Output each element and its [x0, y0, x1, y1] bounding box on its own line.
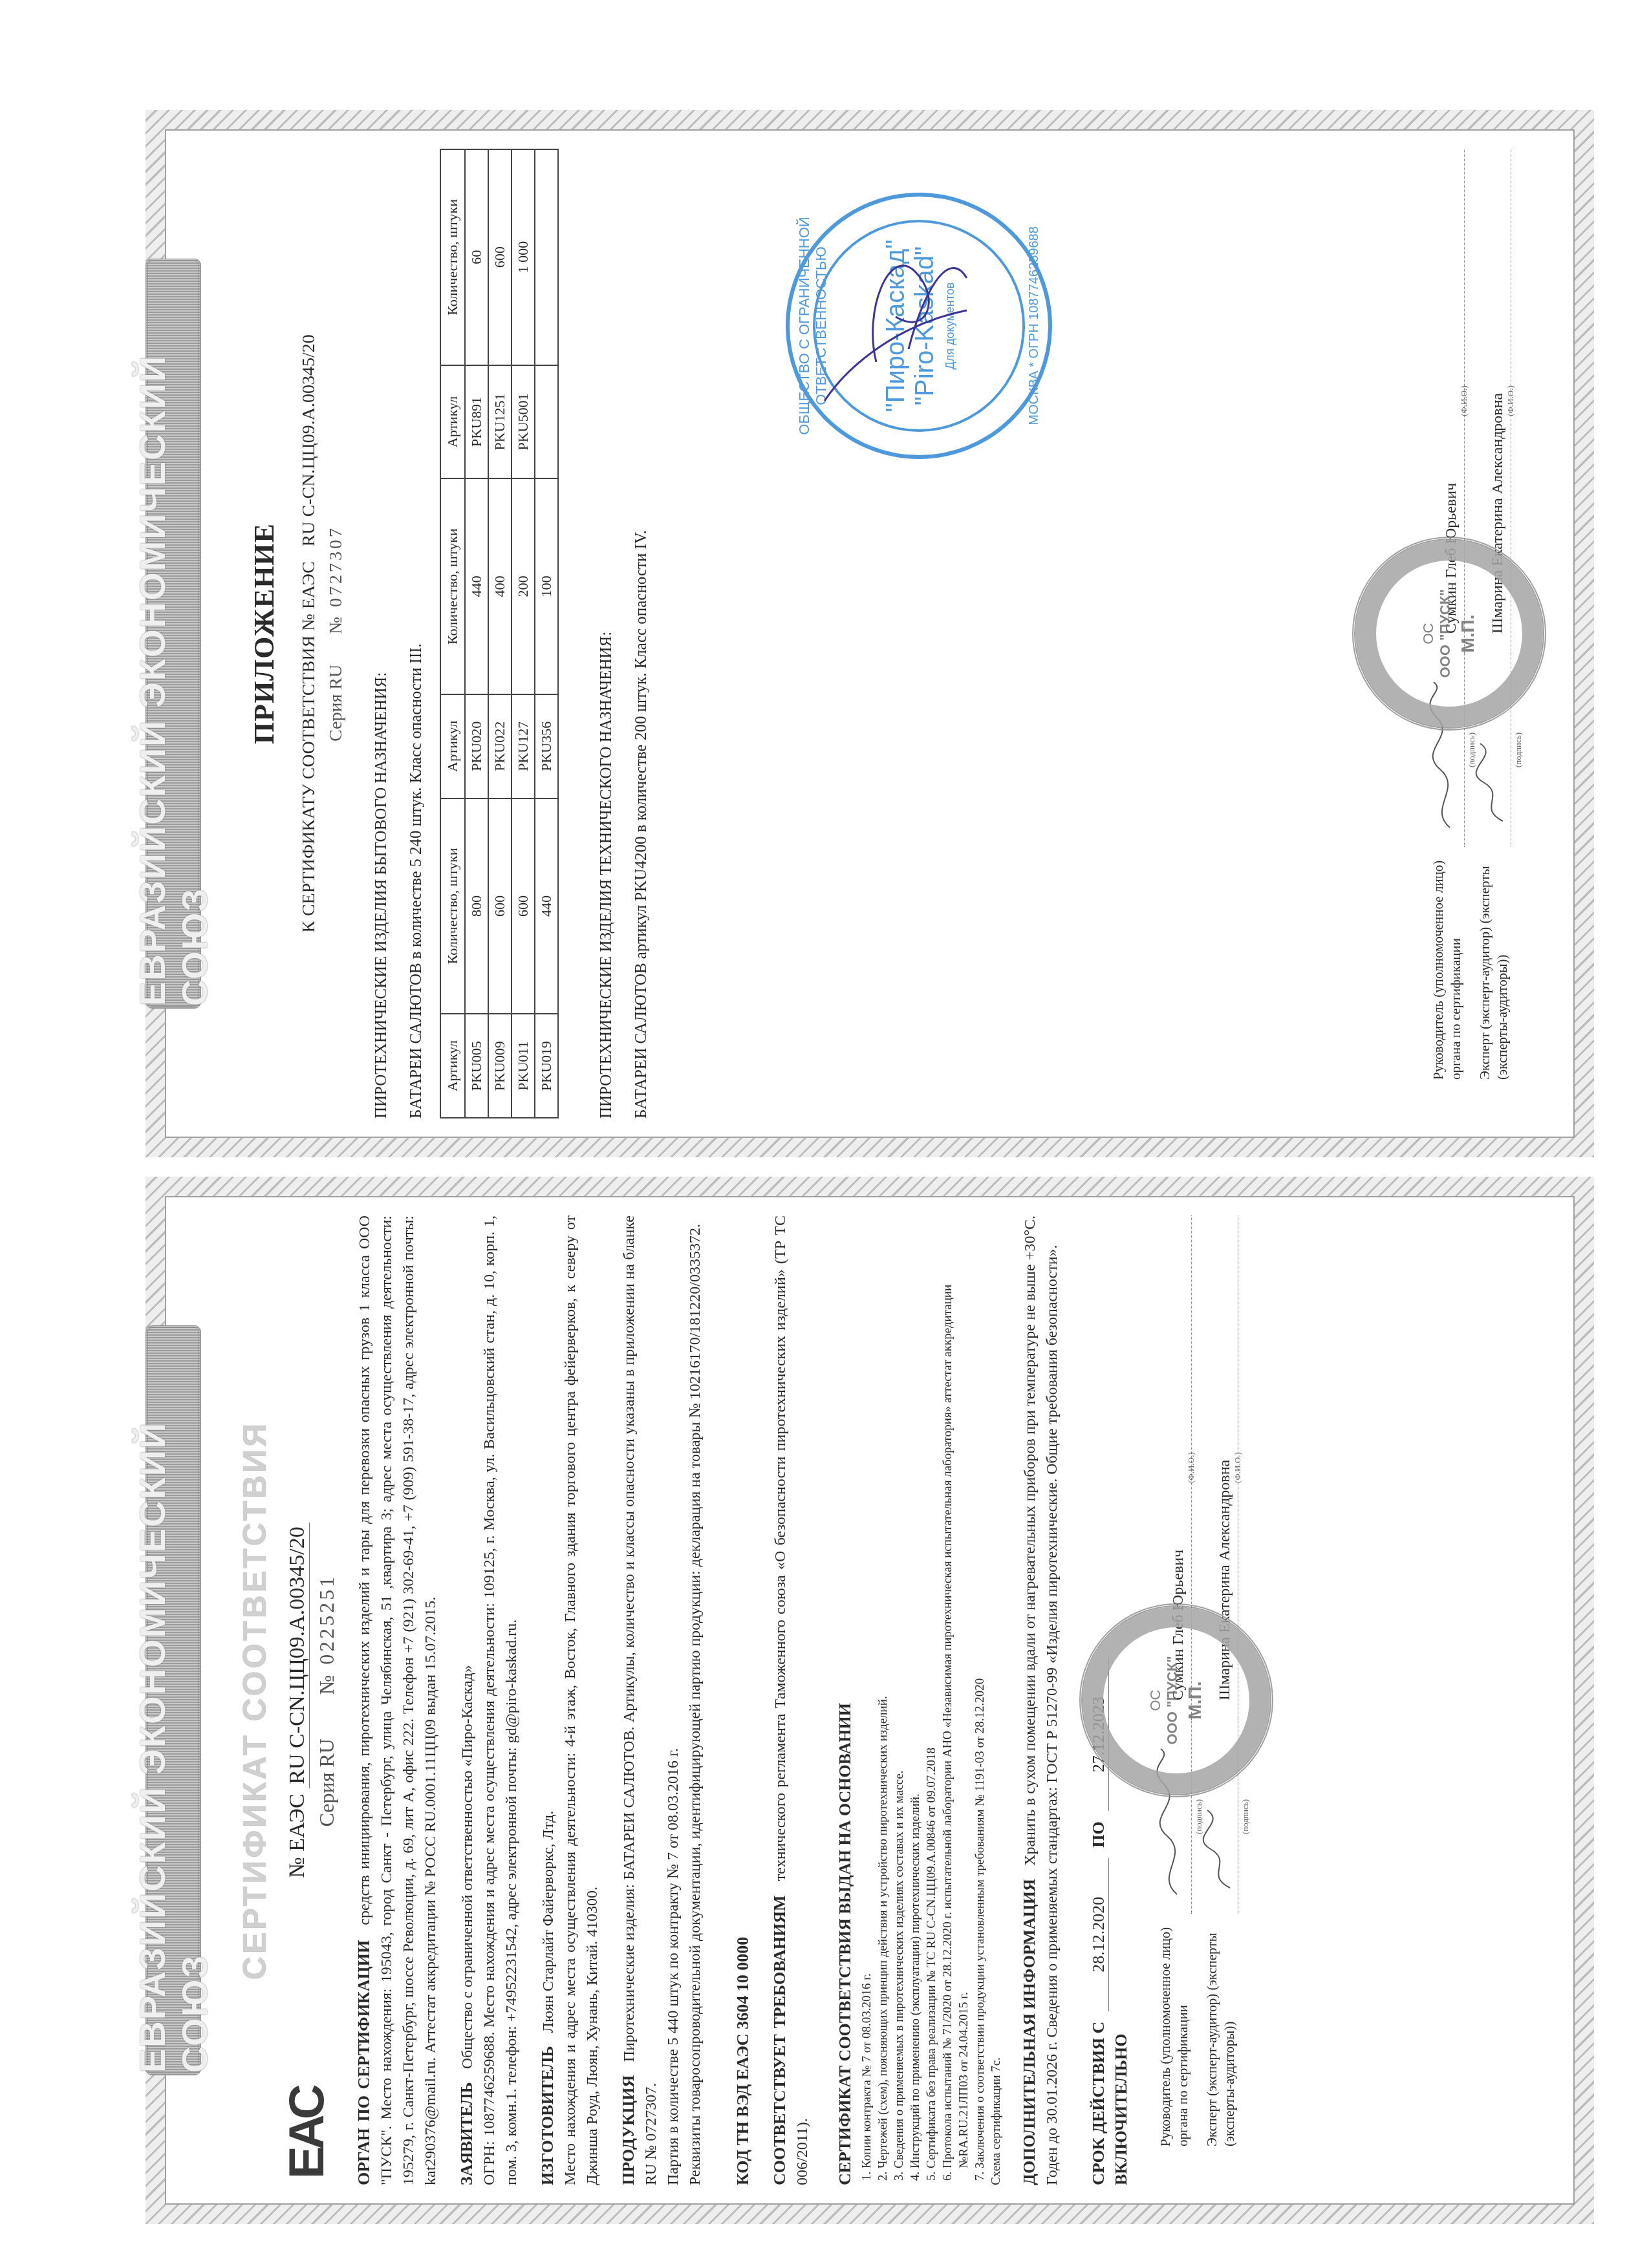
- quantity-cell: 600: [512, 798, 535, 1014]
- number-value: RU C-CN.ЦЦ09.А.00345/20: [285, 1523, 310, 1788]
- conformity-section: Соответствует требованиям технического р…: [769, 1215, 814, 2185]
- basis-item: Чертежей (схем), поясняющих принцип дейс…: [875, 1215, 891, 2168]
- product-text: Пиротехнические изделия: БАТАРЕИ САЛЮТОВ…: [621, 1215, 660, 2185]
- column-header: Артикул: [440, 365, 465, 479]
- appendix-content: ПРИЛОЖЕНИЕ К СЕРТИФИКАТУ СООТВЕТСТВИЯ № …: [217, 149, 1562, 1118]
- certificate-title: Сертификат соответствия: [236, 1215, 274, 2185]
- certification-body-label: Орган по сертификации: [354, 1940, 373, 2185]
- basis-title: Сертификат соответствия выдан на основан…: [835, 1215, 855, 2185]
- basis-item: Сведения о применяемых в пиротехнических…: [891, 1215, 907, 2168]
- quantity-cell: 600: [488, 798, 512, 1014]
- quantity-cell: 60: [465, 149, 488, 365]
- table-row: PKU009600PKU022400PKU1251600: [488, 149, 512, 1118]
- appendix-page: Евразийский экономический союз ПРИЛОЖЕНИ…: [145, 110, 1594, 1157]
- product-label: Продукция: [619, 2075, 638, 2185]
- manufacturer-section: Изготовитель Люян Старлайт Файерворкс, Л…: [537, 1215, 603, 2185]
- number-prefix: № ЕАЭС: [285, 1793, 309, 1878]
- column-header: Количество, штуки: [440, 478, 465, 694]
- article-cell: PKU022: [488, 694, 512, 798]
- additional-info-label: Дополнительная информация: [1020, 1879, 1039, 2185]
- signature-block: Руководитель (уполномоченное лицо) орган…: [1157, 1215, 1238, 2185]
- expert-role: Эксперт (эксперт-аудитор) (эксперты (экс…: [1203, 1914, 1238, 2185]
- household-heading: Пиротехнические изделия бытового назначе…: [372, 149, 391, 1118]
- quantity-cell: 100: [535, 478, 558, 694]
- appendix-title: ПРИЛОЖЕНИЕ: [248, 149, 281, 1118]
- applicant-signature-icon: [799, 194, 1018, 440]
- series-label: Серия: [326, 694, 346, 742]
- applicant-name: Общество с ограниченной ответственностью…: [459, 1665, 476, 2069]
- column-header: Артикул: [440, 1014, 465, 1118]
- product-batch: Партия в количестве 5 440 штук по контра…: [662, 1215, 684, 2185]
- article-cell: [535, 365, 558, 479]
- column-header: Количество, штуки: [440, 149, 465, 365]
- basis-item: Заключения о соответствии продукции уста…: [972, 1215, 988, 2168]
- article-cell: PKU127: [512, 694, 535, 798]
- table-row: PKU019440PKU356100: [535, 149, 558, 1118]
- household-items-table: Артикул Количество, штуки Артикул Количе…: [440, 149, 559, 1118]
- column-header: Количество, штуки: [440, 798, 465, 1014]
- household-batch: БАТАРЕИ САЛЮТОВ в количестве 5 240 штук.…: [407, 149, 426, 1118]
- certification-body-section: Орган по сертификации средств инициирова…: [353, 1215, 442, 2185]
- column-header: Артикул: [440, 694, 465, 798]
- stamp-os: ОС: [1147, 1690, 1164, 1711]
- validity-from-date: 28.12.2020: [1089, 1858, 1109, 2011]
- product-requisites: Реквизиты товаросопроводительной докумен…: [684, 1215, 706, 2185]
- stamp-org: ООО "ПУСК": [1437, 589, 1454, 678]
- quantity-cell: 1 000: [512, 149, 535, 365]
- technical-heading: Пиротехнические изделия технического наз…: [598, 149, 616, 1118]
- article-cell: PKU891: [465, 365, 488, 479]
- basis-item: Инструкций по применению (эксплуатации) …: [907, 1215, 923, 2168]
- appendix-subtitle: К СЕРТИФИКАТУ СООТВЕТСТВИЯ № ЕАЭС RU C-C…: [299, 149, 319, 1118]
- article-cell: PKU019: [535, 1014, 558, 1118]
- series-label: Серия: [315, 1773, 338, 1827]
- signature-block: Руководитель (уполномоченное лицо) орган…: [1430, 149, 1523, 1118]
- applicant-details: ОГРН: 1087746259688. Место нахождения и …: [479, 1215, 523, 2185]
- validity-from-label: Срок действия с: [1089, 2022, 1108, 2185]
- manufacturer-name: Люян Старлайт Файерворкс, Лтд.: [540, 1811, 557, 2033]
- article-cell: PKU356: [535, 694, 558, 798]
- appendix-series: Серия RU № 0727307: [326, 149, 347, 1118]
- hs-code-text: КОД ТН ВЭД ЕАЭС 3604 10 0000: [733, 1937, 752, 2185]
- table-body: PKU005800PKU020440PKU89160PKU009600PKU02…: [465, 149, 558, 1118]
- eac-logo-icon: ЕАС: [278, 2121, 336, 2179]
- article-cell: PKU020: [465, 694, 488, 798]
- quantity-cell: 440: [535, 798, 558, 1014]
- quantity-cell: 200: [512, 478, 535, 694]
- certification-body-stamp: ОС ООО "ПУСК" М.П.: [1352, 537, 1546, 731]
- table-header-row: Артикул Количество, штуки Артикул Количе…: [440, 149, 465, 1118]
- validity-to-label: по: [1089, 1821, 1108, 1847]
- quantity-cell: [535, 149, 558, 365]
- product-section: Продукция Пиротехнические изделия: БАТАР…: [618, 1215, 706, 2185]
- stamp-mp: М.П.: [1185, 1682, 1205, 1720]
- quantity-cell: 600: [488, 149, 512, 365]
- series-value: RU: [315, 1738, 338, 1767]
- subtitle-prefix: К СЕРТИФИКАТУ СООТВЕТСТВИЯ № ЕАЭС: [299, 561, 319, 932]
- basis-item: Протокола испытаний № 71/2020 от 28.12.2…: [940, 1215, 972, 2168]
- certification-body-stamp: ОС ООО "ПУСК" М.П.: [1079, 1603, 1273, 1797]
- conformity-label: Соответствует требованиям: [770, 1895, 789, 2185]
- certificate-number: № ЕАЭС RU C-CN.ЦЦ09.А.00345/20: [285, 1215, 310, 2185]
- eaeu-banner: Евразийский экономический союз: [145, 259, 201, 1009]
- head-role: Руководитель (уполномоченное лицо) орган…: [1157, 1914, 1192, 2185]
- basis-list: Копии контракта № 7 от 08.03.2016 г. Чер…: [859, 1215, 988, 2185]
- expert-role: Эксперт (эксперт-аудитор) (эксперты (экс…: [1476, 847, 1511, 1118]
- quantity-cell: 800: [465, 798, 488, 1014]
- manufacturer-label: Изготовитель: [538, 2046, 557, 2185]
- quantity-cell: 440: [465, 478, 488, 694]
- stamp-org: ООО "ПУСК": [1164, 1656, 1181, 1744]
- blank-number: № 0225251: [315, 1574, 338, 1695]
- article-cell: PKU005: [465, 1014, 488, 1118]
- article-cell: PKU5001: [512, 365, 535, 479]
- series-value: RU: [326, 665, 346, 690]
- head-role: Руководитель (уполномоченное лицо) орган…: [1430, 847, 1465, 1118]
- certificate-content: ЕАС Сертификат соответствия № ЕАЭС RU C-…: [217, 1215, 1562, 2185]
- subtitle-cert-number: RU C-CN.ЦЦ09.А.00345/20: [299, 334, 319, 546]
- applicant-label: Заявитель: [457, 2082, 476, 2185]
- basis-item: Сертификата без права реализации № ТС RU…: [923, 1215, 940, 2168]
- hs-code: КОД ТН ВЭД ЕАЭС 3604 10 0000: [732, 1215, 755, 2185]
- additional-info-section: Дополнительная информация Хранить в сухо…: [1018, 1215, 1063, 2185]
- stamp-mp: М.П.: [1458, 615, 1478, 653]
- article-cell: PKU011: [512, 1014, 535, 1118]
- certification-scheme: Схема сертификации 7с.: [988, 1215, 1004, 2185]
- quantity-cell: 400: [488, 478, 512, 694]
- certificate-series: Серия RU № 0225251: [315, 1215, 339, 2185]
- certificate-page: Евразийский экономический союз ЕАС Серти…: [145, 1177, 1594, 2224]
- manufacturer-details: Место нахождения и адрес места осуществл…: [559, 1215, 603, 2185]
- basis-item: Копии контракта № 7 от 08.03.2016 г.: [859, 1215, 875, 2168]
- stamp-os: ОС: [1420, 623, 1437, 645]
- article-cell: PKU1251: [488, 365, 512, 479]
- eaeu-banner: Евразийский экономический союз: [145, 1325, 201, 2075]
- applicant-section: Заявитель Общество с ограниченной ответс…: [456, 1215, 523, 2185]
- blank-number: № 0727307: [326, 526, 346, 634]
- stamp-ring-bottom: МОСКВА * ОГРН 1087746259688: [1027, 197, 1042, 455]
- technical-batch: БАТАРЕИ САЛЮТОВ артикул PKU4200 в количе…: [632, 149, 651, 1118]
- article-cell: PKU009: [488, 1014, 512, 1118]
- table-row: PKU005800PKU020440PKU89160: [465, 149, 488, 1118]
- table-row: PKU011600PKU127200PKU50011 000: [512, 149, 535, 1118]
